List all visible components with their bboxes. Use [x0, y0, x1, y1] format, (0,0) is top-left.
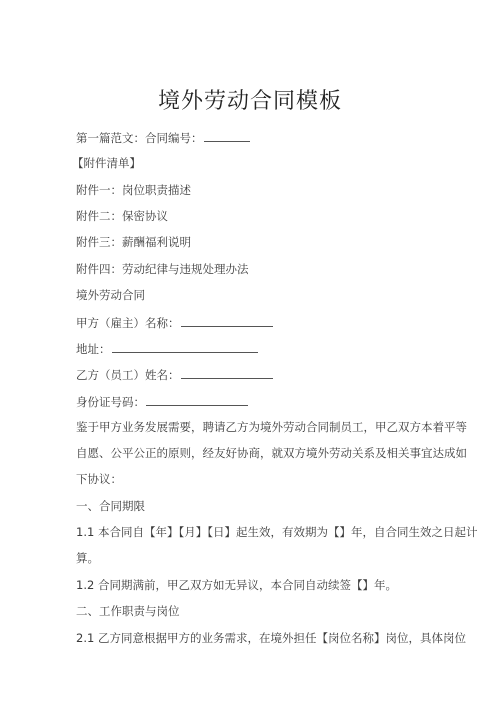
id-number-blank: [146, 394, 248, 406]
employer-name-blank: [181, 315, 273, 327]
address-line: 地址：: [76, 341, 258, 356]
section-2-heading: 二、工作职责与岗位: [76, 604, 180, 618]
clause-1-1-line-1: 1.1 本合同自【年】【月】【日】起生效，有效期为【】年，自合同生效之日起计: [76, 525, 477, 539]
document-page: 境外劳动合同模板 第一篇范文：合同编号： 【附件清单】 附件一：岗位职责描述 附…: [0, 0, 500, 707]
employee-name-line: 乙方（员工）姓名：: [76, 367, 273, 382]
contract-number-blank: [204, 130, 250, 142]
section-1-heading: 一、合同期限: [76, 499, 145, 513]
attachment-4: 附件四：劳动纪律与违规处理办法: [76, 262, 249, 276]
clause-2-1-line-1: 2.1 乙方同意根据甲方的业务需求，在境外担任【岗位名称】岗位，具体岗位: [76, 631, 466, 645]
preamble-line-2: 自愿、公平公正的原则，经友好协商，就双方境外劳动关系及相关事宜达成如: [76, 446, 467, 460]
clause-1-2: 1.2 合同期满前，甲乙双方如无异议，本合同自动续签【】年。: [76, 578, 397, 592]
employer-name-line: 甲方（雇主）名称：: [76, 315, 273, 330]
document-title: 境外劳动合同模板: [0, 84, 500, 115]
contract-subtitle: 境外劳动合同: [76, 288, 145, 302]
attachment-list-heading: 【附件清单】: [72, 156, 141, 170]
contract-number-line: 第一篇范文：合同编号：: [76, 130, 250, 145]
employee-name-blank: [181, 367, 273, 379]
id-number-line: 身份证号码：: [76, 394, 248, 409]
preamble-line-3: 下协议：: [76, 472, 122, 486]
attachment-3: 附件三：薪酬福利说明: [76, 235, 191, 249]
clause-1-1-line-2: 算。: [76, 551, 99, 565]
preamble-line-1: 鉴于甲方业务发展需要，聘请乙方为境外劳动合同制员工，甲乙双方本着平等: [76, 420, 467, 434]
attachment-2: 附件二：保密协议: [76, 209, 168, 223]
attachment-1: 附件一：岗位职责描述: [76, 183, 191, 197]
address-blank: [112, 341, 258, 353]
